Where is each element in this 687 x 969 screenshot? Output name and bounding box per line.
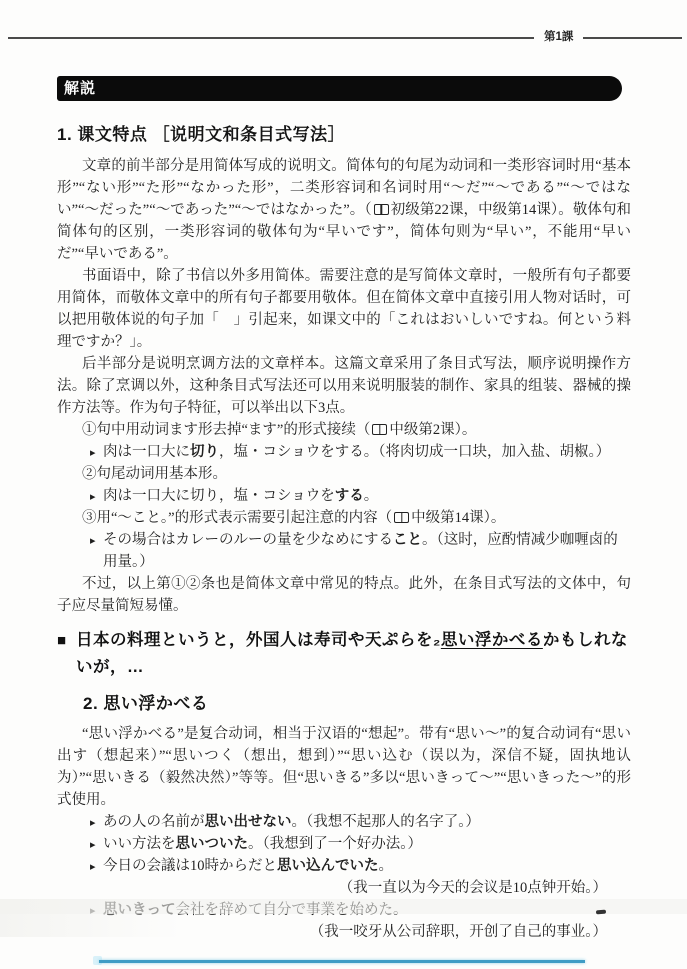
example-sentence: ▸その場合はカレーのルーの量を少なめにすること。（这时，应酌情减少咖喱卤的用量。…	[57, 529, 631, 573]
example-translation: （我一直以为今天的会议是10点钟开始。）	[57, 877, 631, 899]
quote-text: 日本の料理というと，外国人は寿司や天ぷらを₂思い浮かべるかもしれないが，…	[76, 631, 628, 676]
triangle-bullet-icon: ▸	[90, 530, 96, 552]
lesson-quote-line: ■日本の料理というと，外国人は寿司や天ぷらを₂思い浮かべるかもしれないが，…	[57, 627, 631, 681]
ink-speck	[596, 910, 606, 915]
triangle-bullet-icon: ▸	[90, 812, 96, 834]
triangle-bullet-icon: ▸	[90, 442, 96, 464]
paragraph: “思い浮かべる”是复合动词，相当于汉语的“想起”。带有“思い～”的复合动词有“思…	[57, 723, 631, 811]
paragraph: 书面语中，除了书信以外多用简体。需要注意的是写简体文章时，一般所有句子都要用简体…	[57, 265, 631, 353]
book-icon	[374, 204, 389, 215]
example-sentence: ▸肉は一口大に切り，塩・コショウをする。	[57, 485, 631, 507]
paragraph: 后半部分是说明烹调方法的文章样本。这篇文章采用了条目式写法，顺序说明操作方法。除…	[57, 353, 631, 419]
list-item: ③用“～こと。”的形式表示需要引起注意的内容（中级第14课）。	[57, 507, 631, 529]
lesson-label: 第1課	[534, 29, 583, 45]
example-text: 今日の会議は10時からだと思い込んでいた。	[103, 858, 393, 874]
section2-heading: 2. 思い浮かべる	[57, 693, 631, 715]
triangle-bullet-icon: ▸	[90, 856, 96, 878]
paragraph: 不过，以上第①②条也是简体文章中常见的特点。此外，在条目式写法的文体中，句子应尽…	[57, 573, 631, 617]
list-item: ①句中用动词ます形去掉“ます”的形式接续（中级第2课）。	[57, 419, 631, 441]
bottom-blue-line	[99, 960, 585, 963]
triangle-bullet-icon: ▸	[90, 834, 96, 856]
example-text: 肉は一口大に切り，塩・コショウをする。	[103, 488, 378, 504]
example-sentence: ▸肉は一口大に切り，塩・コショウをする。（将肉切成一口块，加入盐、胡椒。）	[57, 441, 631, 463]
book-icon	[372, 424, 387, 435]
book-icon	[394, 512, 409, 523]
paragraph: 文章的前半部分是用简体写成的说明文。简体句的句尾为动词和一类形容词时用“基本形”…	[57, 155, 631, 265]
example-text: 肉は一口大に切り，塩・コショウをする。（将肉切成一口块，加入盐、胡椒。）	[103, 444, 610, 460]
list-item: ②句尾动词用基本形。	[57, 463, 631, 485]
textbook-page: 第1課 解説 1. 课文特点 ［说明文和条目式写法］ 文章的前半部分是用简体写成…	[0, 0, 687, 969]
example-text: いい方法を思いついた。（我想到了一个好办法。）	[103, 836, 422, 852]
section1-heading: 1. 课文特点 ［说明文和条目式写法］	[57, 124, 631, 146]
banner-title: 解説	[57, 76, 96, 101]
example-text: あの人の名前が思い出せない。（我想不起那人的名字了。）	[103, 814, 480, 830]
example-text: その場合はカレーのルーの量を少なめにすること。（这时，应酌情减少咖喱卤的用量。）	[103, 532, 618, 570]
example-sentence: ▸いい方法を思いついた。（我想到了一个好办法。）	[57, 833, 631, 855]
example-sentence: ▸今日の会議は10時からだと思い込んでいた。	[57, 855, 631, 877]
example-sentence: ▸あの人の名前が思い出せない。（我想不起那人的名字了。）	[57, 811, 631, 833]
kaisetsu-banner: 解説	[57, 76, 622, 101]
triangle-bullet-icon: ▸	[90, 486, 96, 508]
page-content: 1. 课文特点 ［说明文和条目式写法］ 文章的前半部分是用简体写成的说明文。简体…	[57, 124, 631, 943]
square-marker-icon: ■	[57, 627, 67, 654]
scan-smudge	[0, 899, 215, 937]
